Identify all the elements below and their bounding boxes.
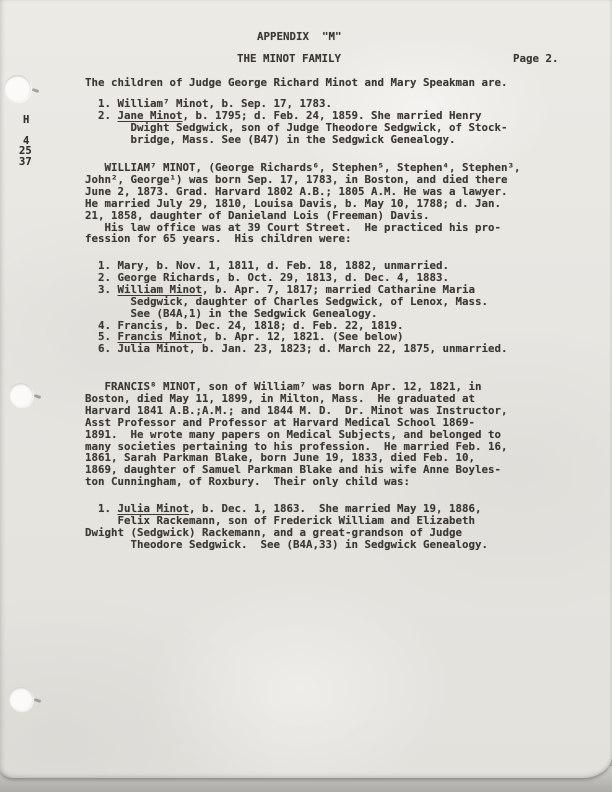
text-segment: 6. Julia Minot, b. Jan. 23, 1823; d. Mar… [85, 342, 508, 355]
william-minot-paragraph: WILLIAM⁷ MINOT, (George Richards⁶, Steph… [85, 162, 521, 245]
margin-note: H [23, 114, 29, 126]
text-line: ton Cunningham, of Roxbury. Their only c… [85, 476, 508, 488]
text-line: fession for 65 years. His children were: [85, 233, 521, 245]
scanned-page: APPENDIX "M" THE MINOT FAMILY Page 2. H … [0, 0, 612, 792]
punch-hole-top [4, 75, 31, 102]
text-segment: bridge, Mass. See (B47) in the Sedgwick … [85, 133, 456, 146]
page-number: Page 2. [513, 53, 559, 65]
appendix-heading: APPENDIX "M" [257, 31, 342, 43]
text-segment: The children of Judge George Richard Min… [85, 76, 508, 89]
children-list-george-richard: 1. William⁷ Minot, b. Sep. 17, 1783. 2. … [85, 98, 508, 146]
binder-mark-icon [34, 698, 42, 703]
intro-paragraph: The children of Judge George Richard Min… [85, 77, 508, 89]
page-title: THE MINOT FAMILY [237, 53, 341, 65]
binder-mark-icon [32, 87, 40, 92]
text-segment: ton Cunningham, of Roxbury. Their only c… [85, 475, 410, 488]
text-segment: Theodore Sedgwick. See (B4A,33) in Sedgw… [85, 538, 488, 551]
text-line: bridge, Mass. See (B47) in the Sedgwick … [85, 134, 508, 146]
text-line: Theodore Sedgwick. See (B4A,33) in Sedgw… [85, 539, 488, 551]
francis-minot-paragraph: FRANCIS⁸ MINOT, son of William⁷ was born… [85, 381, 508, 488]
margin-note: 37 [19, 156, 32, 168]
paper-sheet: APPENDIX "M" THE MINOT FAMILY Page 2. H … [0, 0, 612, 778]
punch-hole-bottom [9, 687, 33, 711]
text-line: The children of Judge George Richard Min… [85, 77, 508, 89]
child-list-francis: 1. Julia Minot, b. Dec. 1, 1863. She mar… [85, 503, 488, 551]
punch-hole-middle [9, 383, 33, 407]
text-line: 6. Julia Minot, b. Jan. 23, 1823; d. Mar… [85, 343, 508, 355]
children-list-william: 1. Mary, b. Nov. 1, 1811, d. Feb. 18, 18… [85, 260, 508, 355]
binder-mark-icon [34, 394, 42, 399]
text-segment: fession for 65 years. His children were: [85, 232, 352, 245]
